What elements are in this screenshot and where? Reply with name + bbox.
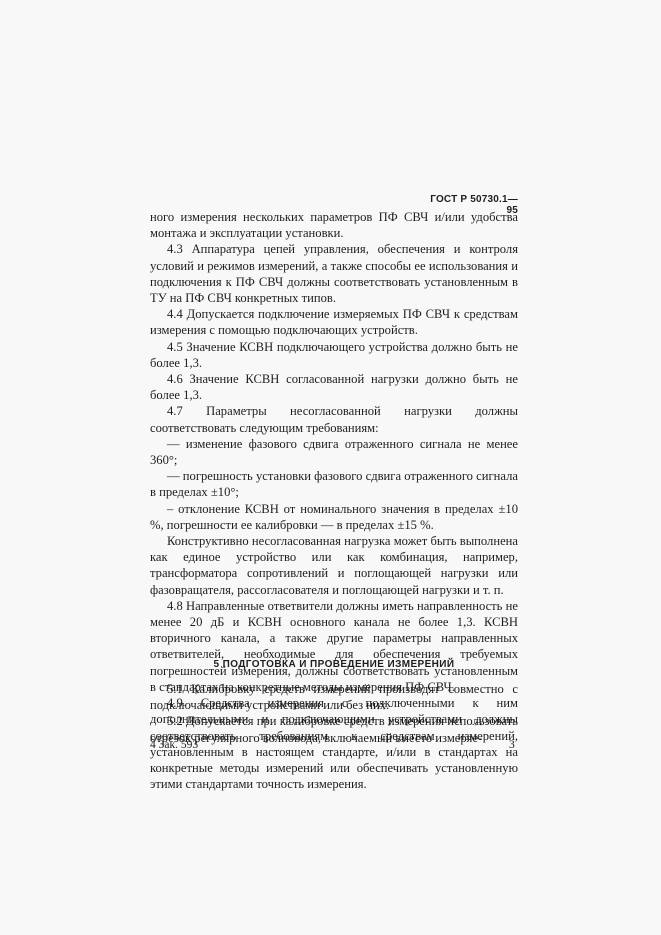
order-number: 4 Зак. 593: [150, 739, 198, 751]
section-5-body: 5.1 Калибровку средств измерений произво…: [150, 681, 518, 746]
paragraph-5-1: 5.1 Калибровку средств измерений произво…: [150, 681, 518, 713]
paragraph-continuation: ного измерения нескольких параметров ПФ …: [150, 209, 518, 241]
paragraph-4-3: 4.3 Аппаратура цепей управления, обеспеч…: [150, 241, 518, 306]
section-5-heading: 5 ПОДГОТОВКА И ПРОВЕДЕНИЕ ИЗМЕРЕНИЙ: [150, 659, 518, 670]
paragraph-4-7: 4.7 Параметры несогласованной нагрузки д…: [150, 403, 518, 435]
list-item-vswr-deviation: – отклонение КСВН от номинального значен…: [150, 501, 518, 533]
paragraph-4-4: 4.4 Допускается подключение измеряемых П…: [150, 306, 518, 338]
paragraph-4-6: 4.6 Значение КСВН согласованной нагрузки…: [150, 371, 518, 403]
paragraph-5-2: 5.2 Допускается при калибровке средств и…: [150, 713, 518, 745]
page-number: 3: [509, 739, 515, 751]
list-item-phase-shift: — изменение фазового сдвига отраженного …: [150, 436, 518, 468]
paragraph-4-5: 4.5 Значение КСВН подключающего устройст…: [150, 339, 518, 371]
list-item-phase-error: — погрешность установки фазового сдвига …: [150, 468, 518, 500]
paragraph-construction: Конструктивно несогласованная нагрузка м…: [150, 533, 518, 598]
